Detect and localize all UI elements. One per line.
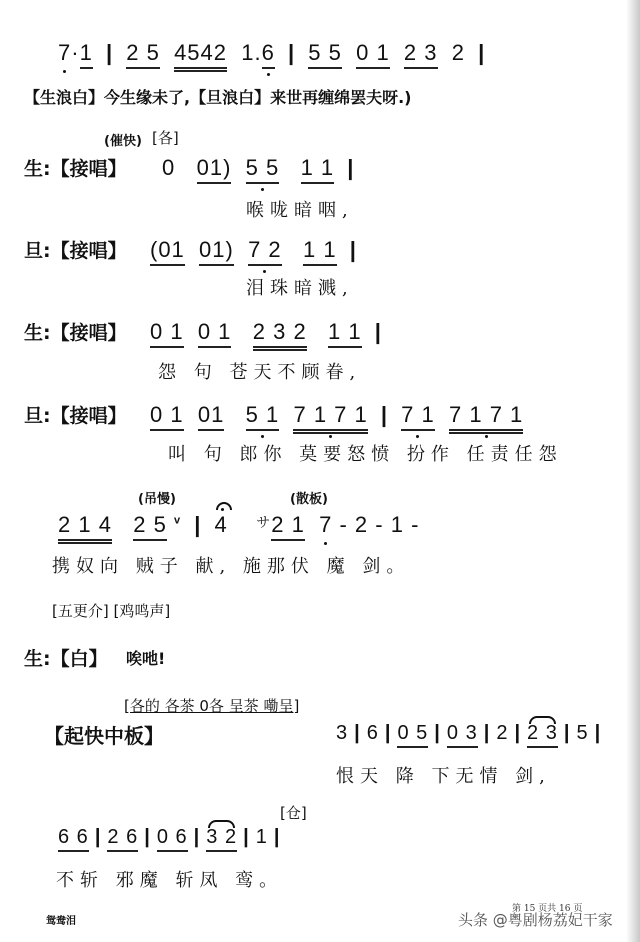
barline: |	[385, 722, 392, 745]
lyrics: 不斩 邪魔 斩凤 鸾。	[56, 866, 283, 892]
note-group: 01)	[199, 237, 234, 266]
score-line-9: 6 6|2 6|0 6|3 2|1|	[58, 826, 286, 852]
barline: |	[194, 512, 201, 538]
barline: |	[350, 237, 357, 263]
lyrics: 怨 句 苍天不顾眷,	[158, 358, 361, 384]
note-group: 01)	[197, 155, 232, 184]
breath-mark: v	[174, 515, 181, 527]
dash: -	[339, 512, 347, 538]
score-line-5: 0 1 01 5 1 7 1 7 1 | 7 1 7 1 7 1	[150, 402, 523, 434]
barline: |	[347, 155, 354, 181]
note-group: 0 6	[157, 826, 188, 852]
lyrics: 携奴向 贼子 献, 施那伏 魔 剑。	[52, 552, 410, 578]
percussion-marks: [各的 各茶 0各 呈茶 嘞呈]	[124, 695, 299, 716]
note-group: (01	[150, 237, 185, 266]
note-group: 7 1	[401, 402, 435, 431]
note-group: 2 6	[107, 826, 138, 852]
note-group: 2 1	[271, 512, 305, 541]
dash: -	[411, 512, 419, 538]
slurred-note-group: 3 2	[206, 826, 237, 852]
barline: |	[106, 40, 113, 66]
note: 6	[367, 722, 379, 745]
note-group: 1 1	[301, 155, 335, 184]
note: 7	[319, 512, 332, 538]
percussion-marks: [五更介] [鸡鸣声]	[52, 600, 170, 621]
barline: |	[514, 722, 521, 745]
note-group: 1 1	[303, 237, 337, 266]
note-group: 1 1	[328, 319, 362, 348]
note-group: 5 5	[246, 155, 280, 184]
role-label: 旦:【接唱】	[24, 401, 127, 428]
free-tempo-mark: サ	[256, 514, 271, 530]
note-group: 7 2	[248, 237, 282, 266]
barline: |	[144, 826, 151, 849]
score-line-4: 0 1 0 1 2 3 2 1 1 |	[150, 319, 388, 351]
barline: |	[381, 402, 388, 428]
role-label: 旦:【接唱】	[24, 236, 127, 263]
note: 6	[262, 40, 275, 69]
lyrics: 喉咙暗咽,	[246, 196, 354, 222]
fermata-note: 4	[215, 512, 228, 538]
barline: |	[484, 722, 491, 745]
note-group: 01	[198, 402, 224, 431]
note: 3	[336, 722, 348, 745]
spoken-text: 【生浪白】今生缘未了,【旦浪白】来世再缠绵罢夫呀.)	[24, 85, 411, 108]
role-label: 生:【接唱】	[24, 318, 127, 345]
note: 2	[355, 512, 368, 538]
score-line-6: 2 1 4 2 5 v | 4 サ2 1 7 - 2 - 1 -	[58, 512, 419, 544]
note: 1	[256, 826, 268, 849]
barline: |	[194, 826, 201, 849]
note-group: 5 5	[308, 40, 342, 69]
note-group: 2 1 4	[58, 512, 112, 544]
note-group: 2 3	[404, 40, 438, 69]
note-group: 0 3	[447, 722, 478, 748]
score-line-3: (01 01) 7 2 1 1 |	[150, 237, 363, 266]
barline: |	[354, 722, 361, 745]
note-group: 0 1	[150, 402, 184, 431]
lyrics: 泪珠暗溅,	[246, 274, 354, 300]
note-group: 0 5	[397, 722, 428, 748]
score-line-1: 7·1 | 2 5 4542 1.6 | 5 5 0 1 2 3 2 |	[58, 40, 491, 72]
tempo-mark: (散板)	[290, 488, 328, 507]
note-group: 2 3 2	[253, 319, 307, 351]
percussion-mark: [仓]	[280, 802, 307, 823]
lyrics: 叫 句 郎你 莫要怒愤 扮作 任责任怨	[168, 440, 563, 466]
note-group: 2 5	[126, 40, 160, 69]
note-group: 7 1 7 1	[293, 402, 367, 434]
note-group: 6 6	[58, 826, 89, 852]
note-group: 7 1 7 1	[449, 402, 523, 434]
barline: |	[243, 826, 250, 849]
barline: |	[595, 722, 602, 745]
role-label: 生:【白】	[24, 644, 108, 671]
footer-title: 鸳鸯泪	[46, 912, 76, 927]
note: 5	[576, 722, 588, 745]
role-label: 生:【接唱】	[24, 154, 127, 181]
barline: |	[564, 722, 571, 745]
note: 1	[391, 512, 404, 538]
percussion-mark: [各]	[152, 127, 179, 148]
note-group: 4542	[174, 40, 227, 72]
watermark: 头条 @粤剧杨荔妃干家	[458, 909, 613, 930]
note: 1	[80, 40, 93, 69]
slurred-note-group: 2 3	[527, 722, 558, 748]
section-label: 【起快中板】	[44, 720, 164, 749]
note: 7	[58, 40, 71, 66]
tempo-mark: (催快)	[104, 130, 142, 149]
barline: |	[288, 40, 295, 66]
note: 2	[496, 722, 508, 745]
note-group: 2 5	[133, 512, 167, 541]
note-group: 0 1	[356, 40, 390, 69]
lyrics: 恨天 降 下无情 剑,	[336, 762, 551, 788]
spoken-text: 唉吔!	[126, 646, 165, 669]
note: 0	[162, 155, 175, 181]
score-line-8: 3|6|0 5|0 3|2|2 3|5|	[336, 722, 607, 748]
note-group: 0 1	[198, 319, 232, 348]
barline: |	[274, 826, 281, 849]
note: 2	[452, 40, 465, 66]
barline: |	[478, 40, 485, 66]
barline: |	[95, 826, 102, 849]
note-group: 5 1	[246, 402, 280, 431]
page-edge-shadow	[626, 0, 640, 942]
score-line-2: 0 01) 5 5 1 1 |	[162, 155, 360, 184]
tempo-mark: (吊慢)	[138, 488, 176, 507]
barline: |	[375, 319, 382, 345]
note-group: 0 1	[150, 319, 184, 348]
dash: -	[375, 512, 383, 538]
note: ·	[71, 40, 79, 66]
barline: |	[434, 722, 441, 745]
note: 1.	[241, 40, 261, 66]
